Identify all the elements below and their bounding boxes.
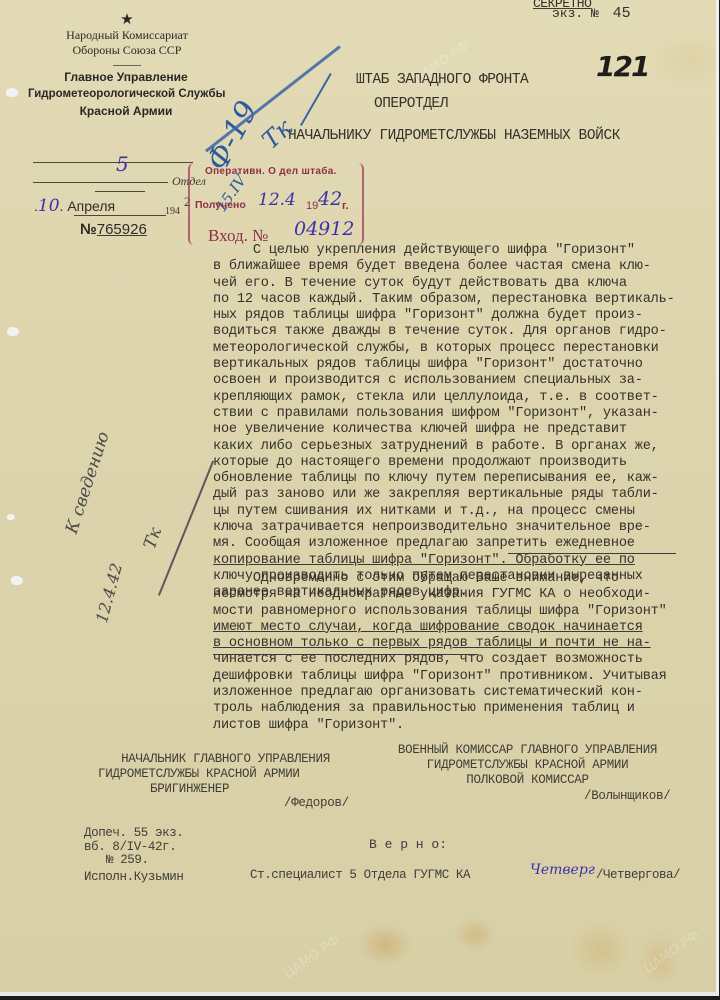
body-line: С целью укрепления действующего шифра "Г… <box>221 243 675 259</box>
copy-number-row: экз. № 45 <box>552 5 631 22</box>
stamp-title: Оперативн. О дел штаба. <box>205 166 337 177</box>
body-line: в ближайшее время будет введена более ча… <box>213 259 675 275</box>
certifier-name: /Четвергова/ <box>596 868 680 882</box>
body-line: изложенное предлагаю организовать систем… <box>213 685 667 701</box>
outgoing-number-row: №765926 <box>80 221 147 238</box>
rule-line <box>33 162 193 163</box>
side-note-date: 12.4.42 <box>92 561 126 625</box>
hand-underline <box>213 654 478 655</box>
body-line: каких либо серьезных затруднений в работ… <box>213 439 675 455</box>
received-year-hand: 42 <box>318 188 342 210</box>
body-line: водиться также дважды в течение суток. Д… <box>213 324 675 340</box>
copy-number: 45 <box>613 5 631 22</box>
body-line-underlined: мя. Сообщая изложенное предлагаю запрети… <box>213 536 675 552</box>
body-line: ключа затрачивается непроизводительно зн… <box>213 520 675 536</box>
executor: Исполн.Кузьмин <box>84 870 183 884</box>
watermark: ЦАМО.РФ <box>641 928 702 977</box>
sig-left-line1: НАЧАЛЬНИК ГЛАВНОГО УПРАВЛЕНИЯ <box>98 752 353 767</box>
body-line: цы путем сшивания их нитками и т.д., на … <box>213 504 675 520</box>
body-line: вертикальных рядов таблицы шифра "Горизо… <box>213 357 675 373</box>
archive-page-number: 121 <box>596 50 648 83</box>
body-line: обновление таблицы по ключу путем перепи… <box>213 471 675 487</box>
copy-label: экз. № <box>552 6 599 21</box>
resolution-sign-stroke <box>300 73 332 126</box>
body-line: чей его. В течение суток будут действова… <box>213 276 675 292</box>
addressee-line1: ШТАБ ЗАПАДНОГО ФРОНТА <box>356 72 528 88</box>
certifier-signature: Четверг <box>530 862 595 878</box>
received-date: 12.4 <box>258 190 296 210</box>
body-line: по 12 часов каждый. Таким образом, перес… <box>213 292 675 308</box>
letterhead-department: Главное Управление Гидрометеорологическо… <box>28 69 224 120</box>
body-line-underlined: имеют место случаи, когда шифрование сво… <box>213 620 667 636</box>
body-line-underlined: в основном только с первых рядов таблицы… <box>213 636 667 652</box>
stamp-received-row: Получено <box>195 199 246 211</box>
body-line: освоен и производится с использованием с… <box>213 373 675 389</box>
addressee-line2: ОПЕРОТДЕЛ <box>374 96 448 112</box>
punch-hole <box>7 514 15 520</box>
outgoing-day: 10 <box>38 196 60 216</box>
side-note-sign: Тк <box>140 525 166 552</box>
body-line: ных рядов таблицы шифра "Горизонт" должн… <box>213 308 675 324</box>
body-line: листов шифра "Горизонт". <box>213 718 667 734</box>
side-note: К сведению <box>62 429 114 536</box>
body-line: ное увеличение количества ключей шифра н… <box>213 422 675 438</box>
body-paragraph-2: Одновременно с этим обращаю Ваше внимани… <box>213 571 667 734</box>
body-paragraph-1: С целью укрепления действующего шифра "Г… <box>213 243 675 602</box>
body-line: дый раз заново или же закрепляя вертикал… <box>213 487 675 503</box>
sig-left-line2: ГИДРОМЕТСЛУЖБЫ КРАСНОЙ АРМИИ <box>98 767 353 782</box>
side-note-stroke <box>158 461 214 596</box>
print-line2: вб. 8/IV-42г. <box>84 841 183 855</box>
star-icon: ★ <box>52 12 202 28</box>
outgoing-number: 765926 <box>97 221 147 238</box>
number-label: № <box>80 221 97 238</box>
incoming-number: 04912 <box>294 218 354 240</box>
received-year-prefix: 19 <box>306 200 318 212</box>
body-line: которые до настоящего времени продолжают… <box>213 455 675 471</box>
punch-hole <box>11 576 23 585</box>
body-line: ствии с правилами пользования шифром "Го… <box>213 406 675 422</box>
outgoing-month: Апреля <box>67 198 115 214</box>
received-year-suffix: г. <box>342 200 349 212</box>
sig-right-line1: ВОЕННЫЙ КОМИССАР ГЛАВНОГО УПРАВЛЕНИЯ <box>370 743 685 758</box>
letterhead-line2: Обороны Союза ССР <box>52 43 202 58</box>
dept-number: 5 <box>116 152 129 176</box>
rule-line <box>33 182 168 183</box>
body-line: крепляющих рамок, стекла или целлулоида,… <box>213 390 675 406</box>
body-line: мости равномерного использования таблицы… <box>213 604 667 620</box>
addressee-line3: НАЧАЛЬНИКУ ГИДРОМЕТСЛУЖБЫ НАЗЕМНЫХ ВОЙСК <box>288 128 620 144</box>
hand-underline <box>508 553 676 554</box>
certifier: Ст.специалист 5 Отдела ГУГМС КА <box>250 868 470 882</box>
outgoing-year: 194 <box>165 206 180 217</box>
body-line: несмотря на неоднократные указания ГУГМС… <box>213 587 667 603</box>
rule-line <box>74 215 166 216</box>
letterhead-divider <box>113 65 141 66</box>
sig-right-line3: ПОЛКОВОЙ КОМИССАР <box>370 773 685 788</box>
body-line: дешифровки таблицы шифра "Горизонт" прот… <box>213 669 667 685</box>
punch-hole <box>6 88 18 97</box>
resolution-sign: Тк <box>257 113 298 154</box>
body-line: Одновременно с этим обращаю Ваше внимани… <box>221 571 667 587</box>
watermark: ЦАМО.РФ <box>281 933 342 982</box>
date-row: .10. Апреля <box>34 196 115 216</box>
letterhead-dept2: Гидрометеорологической Службы <box>28 86 224 103</box>
sig-right-line2: ГИДРОМЕТСЛУЖБЫ КРАСНОЙ АРМИИ <box>370 758 685 773</box>
letterhead-dept3: Красной Армии <box>28 103 224 120</box>
certified-label: В е р н о: <box>369 837 447 852</box>
letterhead: ★ Народный Комиссариат Обороны Союза ССР <box>52 12 202 66</box>
rule-line <box>95 191 145 192</box>
letterhead-dept1: Главное Управление <box>28 69 224 86</box>
body-line-underlined: копирование таблицы шифра "Горизонт". Об… <box>213 553 675 569</box>
body-line: троль наблюдения за правильностью примен… <box>213 701 667 717</box>
letterhead-line1: Народный Комиссариат <box>52 28 202 43</box>
signature-left: НАЧАЛЬНИК ГЛАВНОГО УПРАВЛЕНИЯ ГИДРОМЕТСЛ… <box>98 752 353 797</box>
signature-right: ВОЕННЫЙ КОМИССАР ГЛАВНОГО УПРАВЛЕНИЯ ГИД… <box>370 743 685 788</box>
print-line1: Допеч. 55 экз. <box>84 827 183 841</box>
body-line: метеорологической службы, в которых проц… <box>213 341 675 357</box>
print-line3: № 259. <box>84 854 183 868</box>
print-info: Допеч. 55 экз. вб. 8/IV-42г. № 259. <box>84 827 183 868</box>
sig-left-name: /Федоров/ <box>284 796 349 811</box>
received-label: Получено <box>195 199 246 211</box>
punch-hole <box>7 327 19 336</box>
sig-left-line3: БРИГИНЖЕНЕР <box>98 782 353 797</box>
sig-right-name: /Волынщиков/ <box>584 789 670 804</box>
archival-document-page: ★ Народный Комиссариат Обороны Союза ССР… <box>0 0 719 996</box>
